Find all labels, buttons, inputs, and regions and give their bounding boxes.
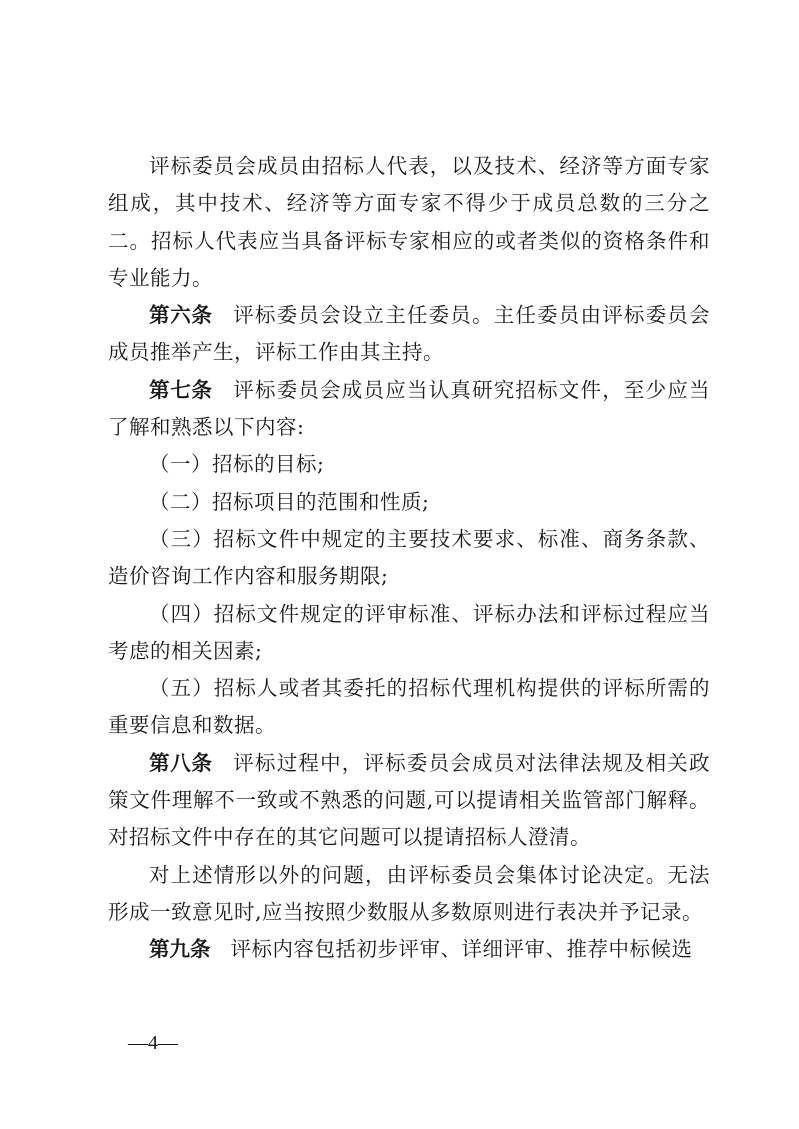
document-page: 评标委员会成员由招标人代表，以及技术、经济等方面专家组成，其中技术、经济等方面专… bbox=[0, 0, 799, 1129]
paragraph-text: （三）招标文件中规定的主要技术要求、标准、商务条款、造价咨询工作内容和服务期限; bbox=[108, 527, 710, 588]
list-item-2: （二）招标项目的范围和性质; bbox=[108, 484, 710, 521]
article-heading: 第六条 bbox=[149, 303, 213, 327]
paragraph-article-8: 第八条评标过程中，评标委员会成员对法律法规及相关政策文件理解不一致或不熟悉的问题… bbox=[108, 745, 710, 857]
paragraph-text: 评标委员会成员由招标人代表，以及技术、经济等方面专家组成，其中技术、经济等方面专… bbox=[108, 154, 710, 290]
paragraph-text: （一）招标的目标; bbox=[149, 452, 324, 476]
paragraph-text: （二）招标项目的范围和性质; bbox=[149, 490, 429, 514]
list-item-5: （五）招标人或者其委托的招标代理机构提供的评标所需的重要信息和数据。 bbox=[108, 670, 710, 745]
paragraph-text: 评标内容包括初步评审、详细评审、推荐中标候选 bbox=[231, 937, 693, 961]
paragraph-text: 对上述情形以外的问题，由评标委员会集体讨论决定。无法形成一致意见时,应当按照少数… bbox=[108, 863, 710, 924]
paragraph-other-issues: 对上述情形以外的问题，由评标委员会集体讨论决定。无法形成一致意见时,应当按照少数… bbox=[108, 857, 710, 932]
paragraph-committee-composition: 评标委员会成员由招标人代表，以及技术、经济等方面专家组成，其中技术、经济等方面专… bbox=[108, 148, 710, 297]
article-heading: 第七条 bbox=[149, 378, 213, 402]
paragraph-text: （五）招标人或者其委托的招标代理机构提供的评标所需的重要信息和数据。 bbox=[108, 676, 710, 737]
article-heading: 第九条 bbox=[149, 937, 211, 961]
document-body: 评标委员会成员由招标人代表，以及技术、经济等方面专家组成，其中技术、经济等方面专… bbox=[108, 148, 710, 969]
paragraph-article-7: 第七条评标委员会成员应当认真研究招标文件，至少应当了解和熟悉以下内容: bbox=[108, 372, 710, 447]
paragraph-article-9: 第九条评标内容包括初步评审、详细评审、推荐中标候选 bbox=[108, 931, 710, 968]
list-item-1: （一）招标的目标; bbox=[108, 446, 710, 483]
paragraph-text: （四）招标文件规定的评审标准、评标办法和评标过程应当考虑的相关因素; bbox=[108, 602, 710, 663]
article-heading: 第八条 bbox=[149, 751, 213, 775]
page-number: —4— bbox=[128, 1032, 178, 1055]
paragraph-article-6: 第六条评标委员会设立主任委员。主任委员由评标委员会成员推举产生，评标工作由其主持… bbox=[108, 297, 710, 372]
list-item-3: （三）招标文件中规定的主要技术要求、标准、商务条款、造价咨询工作内容和服务期限; bbox=[108, 521, 710, 596]
list-item-4: （四）招标文件规定的评审标准、评标办法和评标过程应当考虑的相关因素; bbox=[108, 596, 710, 671]
